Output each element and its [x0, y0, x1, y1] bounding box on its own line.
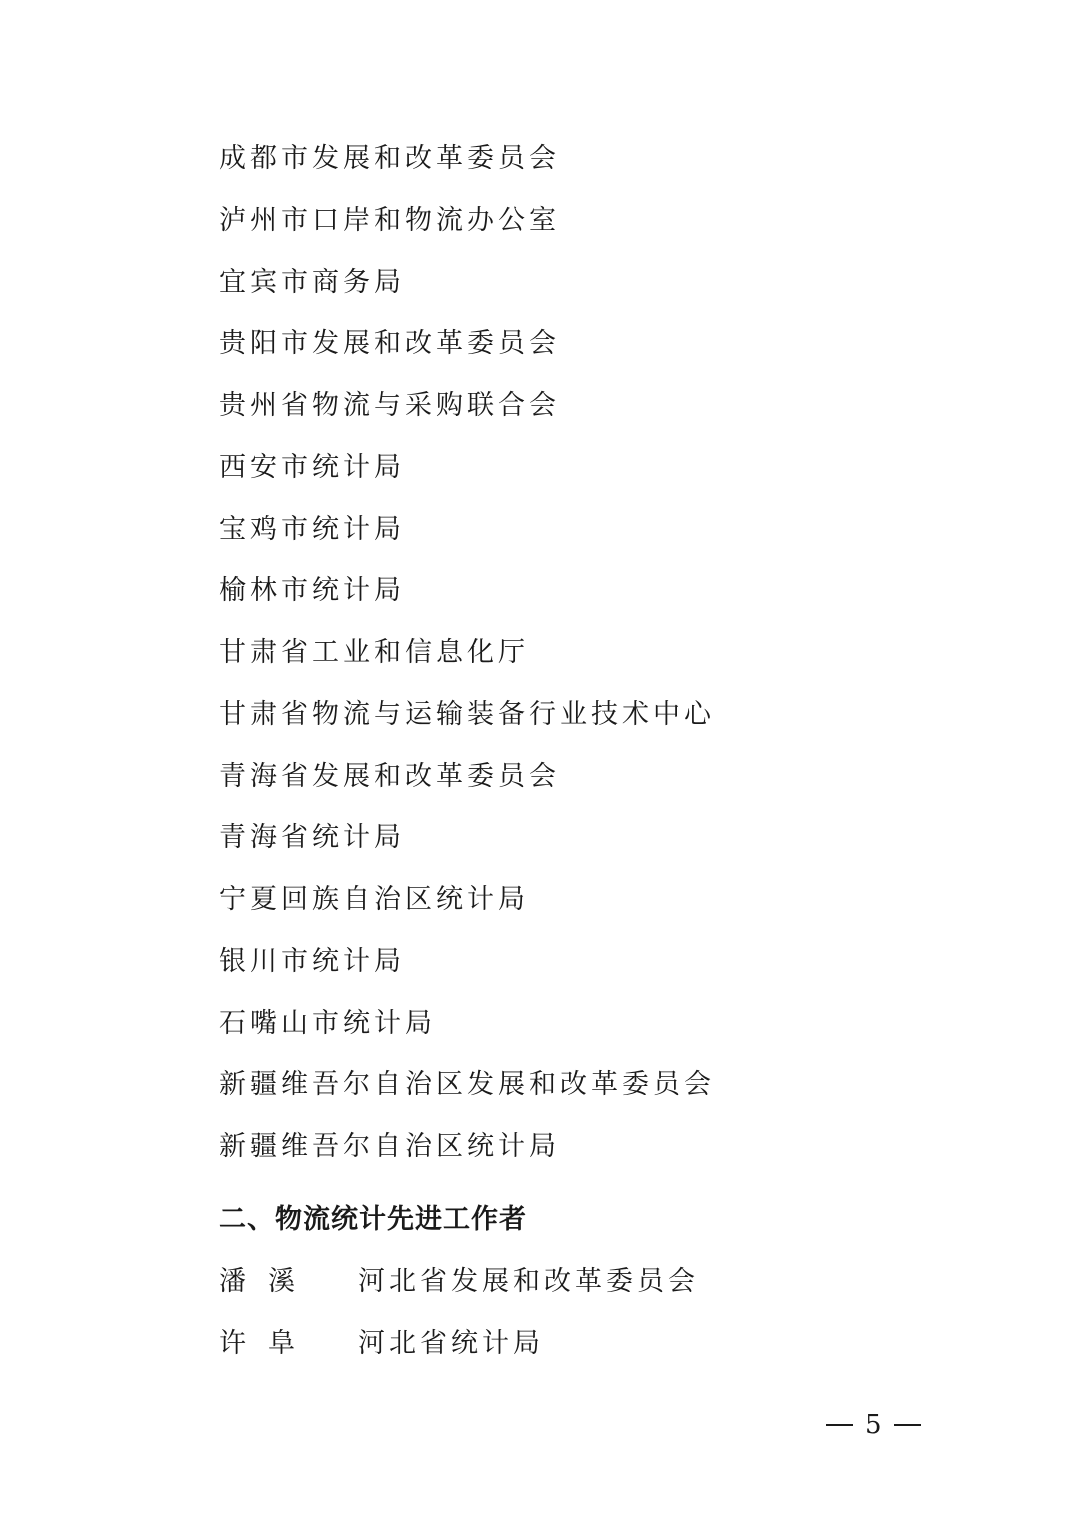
name-char: 潘 [219, 1261, 250, 1323]
document-page: 成都市发展和改革委员会 泸州市口岸和物流办公室 宜宾市商务局 贵阳市发展和改革委… [0, 0, 1080, 1528]
list-item: 青海省发展和改革委员会 [219, 756, 715, 818]
list-item: 榆林市统计局 [219, 570, 715, 632]
list-item: 泸州市口岸和物流办公室 [219, 200, 715, 262]
person-organization: 河北省统计局 [358, 1323, 544, 1385]
list-item: 宝鸡市统计局 [219, 509, 715, 571]
person-row: 潘 溪 河北省发展和改革委员会 [219, 1261, 699, 1323]
name-char: 许 [219, 1323, 250, 1385]
list-item: 宜宾市商务局 [219, 262, 715, 324]
list-item: 甘肃省工业和信息化厅 [219, 632, 715, 694]
list-item: 石嘴山市统计局 [219, 1003, 715, 1065]
em-dash-left [826, 1424, 853, 1426]
list-item: 贵阳市发展和改革委员会 [219, 323, 715, 385]
section-heading: 二、物流统计先进工作者 [219, 1199, 527, 1241]
list-item: 西安市统计局 [219, 447, 715, 509]
list-item: 贵州省物流与采购联合会 [219, 385, 715, 447]
person-name: 许 阜 [219, 1323, 358, 1385]
advanced-worker-list: 潘 溪 河北省发展和改革委员会 许 阜 河北省统计局 [219, 1261, 699, 1385]
person-name: 潘 溪 [219, 1261, 358, 1323]
list-item: 青海省统计局 [219, 817, 715, 879]
person-organization: 河北省发展和改革委员会 [358, 1261, 699, 1323]
page-number: 5 [826, 1405, 921, 1445]
page-number-value: 5 [865, 1405, 882, 1445]
person-row: 许 阜 河北省统计局 [219, 1323, 699, 1385]
list-item: 银川市统计局 [219, 941, 715, 1003]
advanced-unit-list: 成都市发展和改革委员会 泸州市口岸和物流办公室 宜宾市商务局 贵阳市发展和改革委… [219, 138, 715, 1188]
em-dash-right [894, 1424, 921, 1426]
name-char: 溪 [268, 1261, 299, 1323]
list-item: 甘肃省物流与运输装备行业技术中心 [219, 694, 715, 756]
list-item: 新疆维吾尔自治区统计局 [219, 1126, 715, 1188]
name-char: 阜 [268, 1323, 299, 1385]
list-item: 宁夏回族自治区统计局 [219, 879, 715, 941]
list-item: 新疆维吾尔自治区发展和改革委员会 [219, 1064, 715, 1126]
list-item: 成都市发展和改革委员会 [219, 138, 715, 200]
